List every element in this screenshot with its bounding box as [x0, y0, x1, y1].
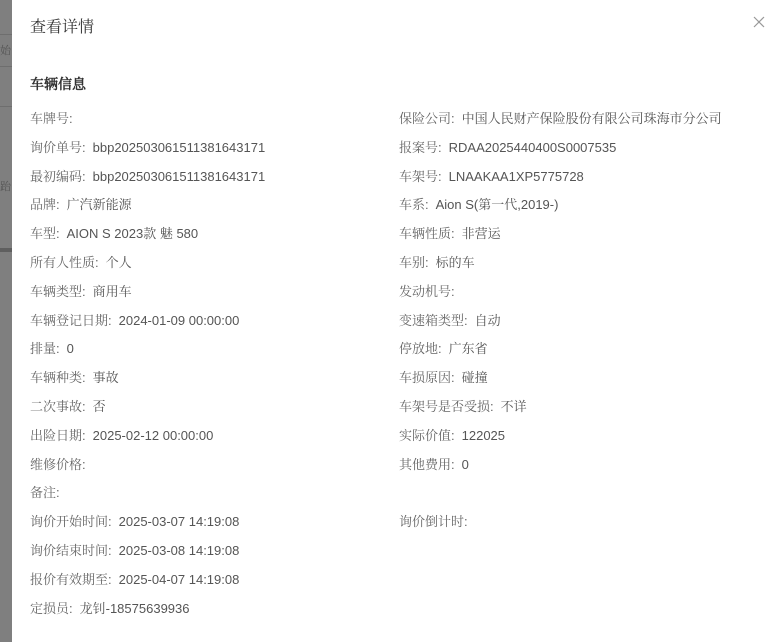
- field-value: bbp202503061511381643171: [93, 169, 266, 184]
- field-label: 车别:: [399, 255, 429, 270]
- field-label: 定损员:: [30, 601, 73, 616]
- field-value: 2025-02-12 00:00:00: [93, 428, 214, 443]
- field-value: 广东省: [449, 341, 488, 356]
- field-row: 报案号:RDAA2025440400S0007535: [399, 140, 616, 156]
- section-title-vehicle-info: 车辆信息: [30, 74, 86, 94]
- field-row: 品牌:广汽新能源: [30, 197, 132, 213]
- field-label: 报案号:: [399, 140, 442, 155]
- field-label: 停放地:: [399, 341, 442, 356]
- backdrop-partial-text: 跆: [0, 178, 12, 194]
- field-label: 最初编码:: [30, 169, 86, 184]
- field-value: 2025-04-07 14:19:08: [119, 572, 240, 587]
- field-value: 非营运: [462, 226, 501, 241]
- field-row: 所有人性质:个人: [30, 255, 132, 271]
- field-label: 排量:: [30, 341, 60, 356]
- backdrop-divider: [0, 66, 12, 67]
- field-value: RDAA2025440400S0007535: [449, 140, 617, 155]
- field-label: 实际价值:: [399, 428, 455, 443]
- field-label: 车架号:: [399, 169, 442, 184]
- field-value: LNAAKAA1XP5775728: [449, 169, 584, 184]
- field-row: 询价结束时间:2025-03-08 14:19:08: [30, 543, 239, 559]
- field-value: 自动: [475, 313, 501, 328]
- field-row: 车系:Aion S(第一代,2019-): [399, 197, 558, 213]
- field-row: 备注:: [30, 485, 67, 501]
- field-label: 询价开始时间:: [30, 514, 112, 529]
- field-label: 所有人性质:: [30, 255, 99, 270]
- field-label: 车系:: [399, 197, 429, 212]
- field-row: 出险日期:2025-02-12 00:00:00: [30, 428, 213, 444]
- field-label: 车辆种类:: [30, 370, 86, 385]
- field-label: 车架号是否受损:: [399, 399, 494, 414]
- field-label: 询价结束时间:: [30, 543, 112, 558]
- field-row: 车辆类型:商用车: [30, 284, 132, 300]
- field-value: 0: [67, 341, 74, 356]
- backdrop-divider: [0, 34, 12, 35]
- field-row: 保险公司:中国人民财产保险股份有限公司珠海市分公司: [399, 111, 722, 127]
- field-row: 车别:标的车: [399, 255, 475, 271]
- field-row: 变速箱类型:自动: [399, 313, 501, 329]
- field-label: 报价有效期至:: [30, 572, 112, 587]
- field-row: 车辆登记日期:2024-01-09 00:00:00: [30, 313, 239, 329]
- field-label: 询价倒计时:: [399, 514, 468, 529]
- page-backdrop-overlay: 始 跆: [0, 0, 12, 642]
- field-value: 2025-03-08 14:19:08: [119, 543, 240, 558]
- field-value: 0: [462, 457, 469, 472]
- field-row: 车辆性质:非营运: [399, 226, 501, 242]
- backdrop-divider: [0, 106, 12, 107]
- field-label: 变速箱类型:: [399, 313, 468, 328]
- field-row: 车损原因:碰撞: [399, 370, 488, 386]
- field-value: 龙钊-18575639936: [80, 601, 190, 616]
- field-value: 商用车: [93, 284, 132, 299]
- field-value: 2024-01-09 00:00:00: [119, 313, 240, 328]
- field-value: 不详: [501, 399, 527, 414]
- field-row: 车架号:LNAAKAA1XP5775728: [399, 169, 584, 185]
- field-value: 碰撞: [462, 370, 488, 385]
- field-label: 车牌号:: [30, 111, 73, 126]
- details-dialog: 查看详情 车辆信息 车牌号:询价单号:bbp202503061511381643…: [12, 0, 769, 642]
- field-value: 2025-03-07 14:19:08: [119, 514, 240, 529]
- field-label: 维修价格:: [30, 457, 86, 472]
- field-row: 发动机号:: [399, 284, 462, 300]
- field-label: 品牌:: [30, 197, 60, 212]
- field-row: 维修价格:: [30, 457, 93, 473]
- field-value: bbp202503061511381643171: [93, 140, 266, 155]
- field-row: 其他费用:0: [399, 457, 469, 473]
- field-value: AION S 2023款 魅 580: [67, 226, 199, 241]
- field-label: 发动机号:: [399, 284, 455, 299]
- field-row: 车牌号:: [30, 111, 80, 127]
- field-row: 询价单号:bbp202503061511381643171: [30, 140, 265, 156]
- field-label: 备注:: [30, 485, 60, 500]
- field-value: 122025: [462, 428, 505, 443]
- field-row: 停放地:广东省: [399, 341, 488, 357]
- field-value: 中国人民财产保险股份有限公司珠海市分公司: [462, 111, 722, 126]
- field-value: 个人: [106, 255, 132, 270]
- field-row: 车架号是否受损:不详: [399, 399, 527, 415]
- field-label: 车辆性质:: [399, 226, 455, 241]
- field-value: 标的车: [436, 255, 475, 270]
- field-row: 最初编码:bbp202503061511381643171: [30, 169, 265, 185]
- field-label: 车损原因:: [399, 370, 455, 385]
- field-value: 事故: [93, 370, 119, 385]
- close-button[interactable]: [752, 15, 766, 29]
- field-row: 车辆种类:事故: [30, 370, 119, 386]
- field-row: 询价倒计时:: [399, 514, 475, 530]
- field-row: 询价开始时间:2025-03-07 14:19:08: [30, 514, 239, 530]
- field-row: 定损员:龙钊-18575639936: [30, 601, 189, 617]
- field-row: 车型:AION S 2023款 魅 580: [30, 226, 198, 242]
- backdrop-divider: [0, 248, 12, 252]
- field-value: 否: [93, 399, 106, 414]
- field-label: 车辆登记日期:: [30, 313, 112, 328]
- dialog-title: 查看详情: [30, 14, 94, 37]
- field-label: 保险公司:: [399, 111, 455, 126]
- field-label: 车辆类型:: [30, 284, 86, 299]
- field-row: 报价有效期至:2025-04-07 14:19:08: [30, 572, 239, 588]
- field-value: Aion S(第一代,2019-): [436, 197, 559, 212]
- field-row: 二次事故:否: [30, 399, 106, 415]
- field-label: 其他费用:: [399, 457, 455, 472]
- field-row: 排量:0: [30, 341, 74, 357]
- field-label: 出险日期:: [30, 428, 86, 443]
- close-icon: [752, 15, 766, 29]
- field-value: 广汽新能源: [67, 197, 132, 212]
- field-label: 询价单号:: [30, 140, 86, 155]
- field-label: 二次事故:: [30, 399, 86, 414]
- field-row: 实际价值:122025: [399, 428, 505, 444]
- field-label: 车型:: [30, 226, 60, 241]
- backdrop-partial-text: 始: [0, 42, 12, 58]
